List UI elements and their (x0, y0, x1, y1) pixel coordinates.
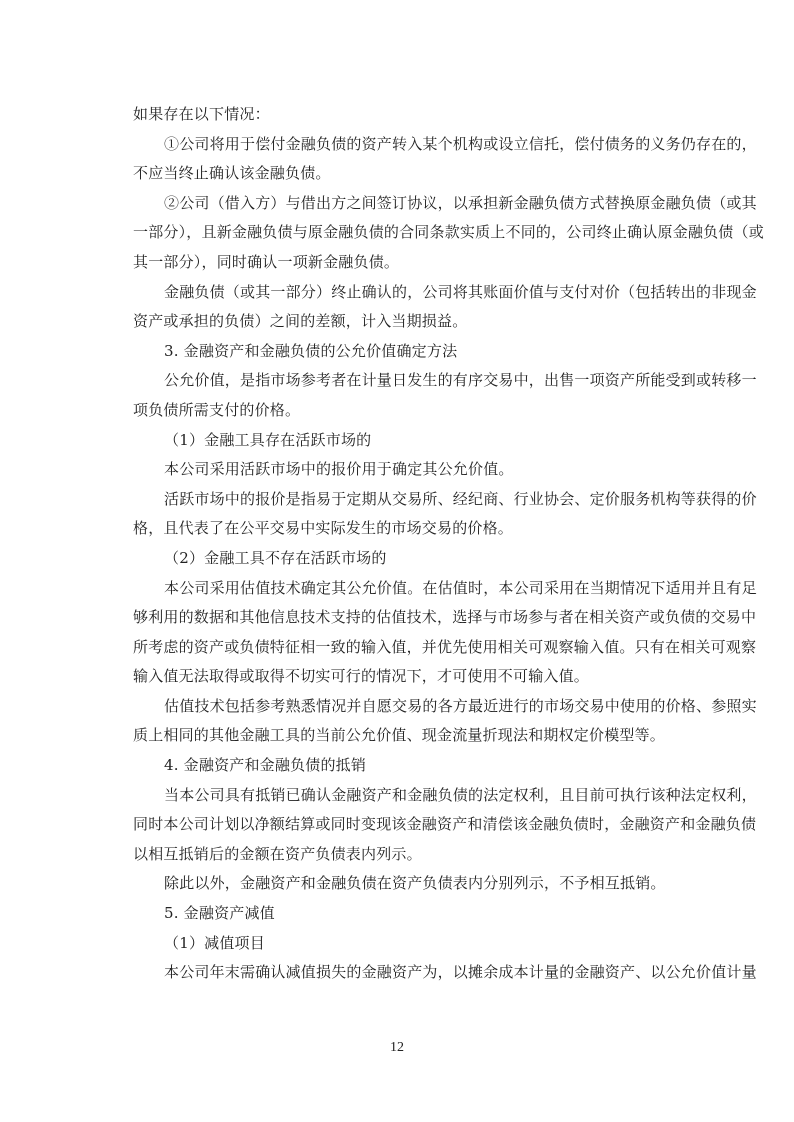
page-number: 12 (0, 1040, 794, 1056)
text-line: 本公司采用估值技术确定其公允价值。在估值时，本公司采用在当期情况下适用并且有足 (133, 574, 701, 604)
text-line: 5. 金融资产减值 (133, 899, 701, 929)
text-line: 以相互抵销后的金额在资产负债表内列示。 (133, 840, 701, 870)
text-line: （2）金融工具不存在活跃市场的 (133, 544, 701, 574)
text-line: 所考虑的资产或负债特征相一致的输入值，并优先使用相关可观察输入值。只有在相关可观… (133, 633, 701, 663)
text-line: 一部分），且新金融负债与原金融负债的合同条款实质上不同的，公司终止确认原金融负债… (133, 218, 701, 248)
text-line: 资产或承担的负债）之间的差额，计入当期损益。 (133, 307, 701, 337)
text-line: 当本公司具有抵销已确认金融资产和金融负债的法定权利，且目前可执行该种法定权利， (133, 781, 701, 811)
document-body: 如果存在以下情况：①公司将用于偿付金融负债的资产转入某个机构或设立信托，偿付债务… (133, 100, 701, 988)
text-line: 输入值无法取得或取得不切实可行的情况下，才可使用不可输入值。 (133, 662, 701, 692)
text-line: 其一部分），同时确认一项新金融负债。 (133, 248, 701, 278)
text-line: （1）减值项目 (133, 929, 701, 959)
text-line: 4. 金融资产和金融负债的抵销 (133, 751, 701, 781)
text-line: 不应当终止确认该金融负债。 (133, 159, 701, 189)
text-line: 3. 金融资产和金融负债的公允价值确定方法 (133, 337, 701, 367)
text-line: 公允价值，是指市场参考者在计量日发生的有序交易中，出售一项资产所能受到或转移一 (133, 366, 701, 396)
text-line: 金融负债（或其一部分）终止确认的，公司将其账面价值与支付对价（包括转出的非现金 (133, 278, 701, 308)
text-line: 格，且代表了在公平交易中实际发生的市场交易的价格。 (133, 514, 701, 544)
text-line: 够利用的数据和其他信息技术支持的估值技术，选择与市场参与者在相关资产或负债的交易… (133, 603, 701, 633)
text-line: 如果存在以下情况： (133, 100, 701, 130)
text-line: 本公司采用活跃市场中的报价用于确定其公允价值。 (133, 455, 701, 485)
text-line: 质上相同的其他金融工具的当前公允价值、现金流量折现法和期权定价模型等。 (133, 721, 701, 751)
document-page: 如果存在以下情况：①公司将用于偿付金融负债的资产转入某个机构或设立信托，偿付债务… (0, 0, 794, 1122)
text-line: 项负债所需支付的价格。 (133, 396, 701, 426)
text-line: 估值技术包括参考熟悉情况并自愿交易的各方最近进行的市场交易中使用的价格、参照实 (133, 692, 701, 722)
text-line: （1）金融工具存在活跃市场的 (133, 426, 701, 456)
text-line: 本公司年末需确认减值损失的金融资产为，以摊余成本计量的金融资产、以公允价值计量 (133, 958, 701, 988)
text-line: 同时本公司计划以净额结算或同时变现该金融资产和清偿该金融负债时，金融资产和金融负… (133, 810, 701, 840)
text-line: ①公司将用于偿付金融负债的资产转入某个机构或设立信托，偿付债务的义务仍存在的， (133, 130, 701, 160)
text-line: 活跃市场中的报价是指易于定期从交易所、经纪商、行业协会、定价服务机构等获得的价 (133, 485, 701, 515)
text-line: ②公司（借入方）与借出方之间签订协议，以承担新金融负债方式替换原金融负债（或其 (133, 189, 701, 219)
text-line: 除此以外，金融资产和金融负债在资产负债表内分别列示，不予相互抵销。 (133, 869, 701, 899)
